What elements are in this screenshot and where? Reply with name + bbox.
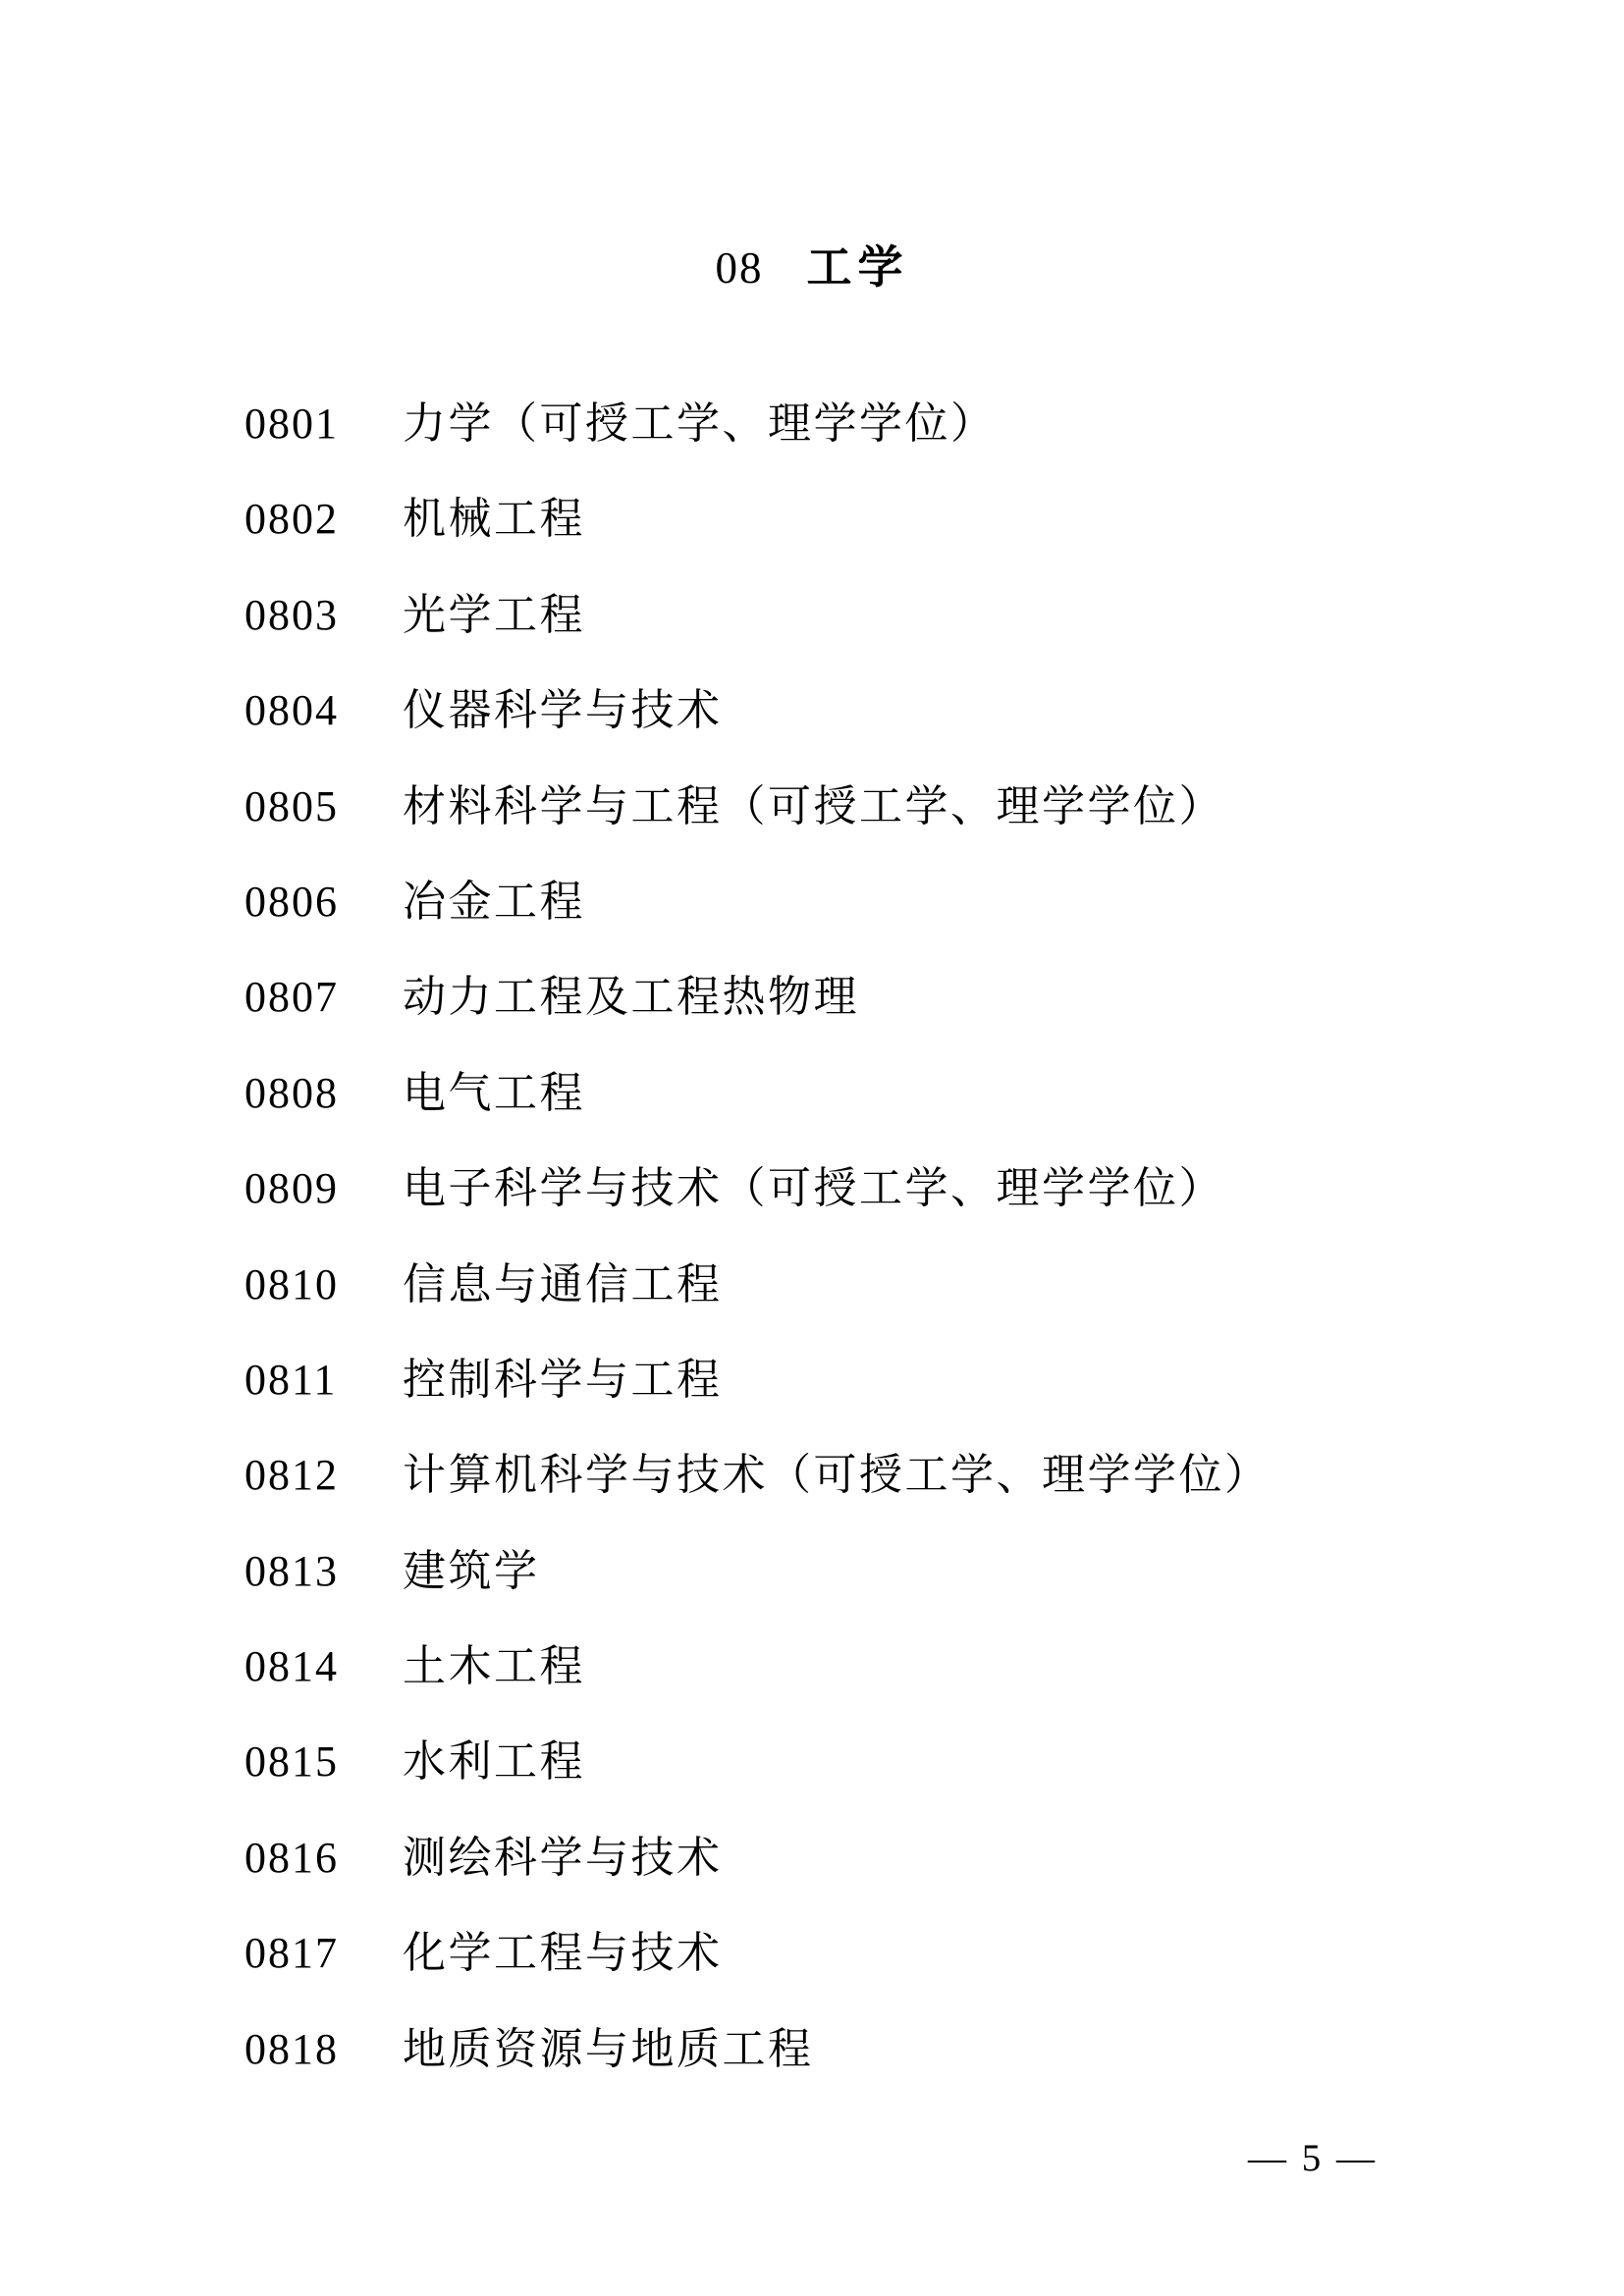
list-item: 0801 力学（可授工学、理学学位） — [244, 400, 1565, 496]
list-item: 0816 测绘科学与技术 — [244, 1835, 1565, 1930]
item-name: 材料科学与工程（可授工学、理学学位） — [403, 783, 1224, 830]
item-name: 电气工程 — [403, 1070, 585, 1117]
item-name: 建筑学 — [403, 1548, 540, 1595]
item-name: 电子科学与技术（可授工学、理学学位） — [403, 1165, 1224, 1212]
item-code: 0810 — [244, 1261, 403, 1308]
list-item: 0818 地质资源与地质工程 — [244, 2026, 1565, 2121]
list-item: 0807 动力工程及工程热物理 — [244, 974, 1565, 1069]
item-name: 计算机科学与技术（可授工学、理学学位） — [403, 1452, 1271, 1499]
list-item: 0803 光学工程 — [244, 592, 1565, 687]
item-code: 0812 — [244, 1452, 403, 1499]
item-name: 水利工程 — [403, 1738, 585, 1786]
item-name: 控制科学与工程 — [403, 1357, 723, 1404]
item-code: 0806 — [244, 879, 403, 926]
list-item: 0805 材料科学与工程（可授工学、理学学位） — [244, 783, 1565, 879]
item-code: 0815 — [244, 1738, 403, 1786]
item-code: 0803 — [244, 592, 403, 639]
list-item: 0817 化学工程与技术 — [244, 1930, 1565, 2025]
discipline-list: 0801 力学（可授工学、理学学位） 0802 机械工程 0803 光学工程 0… — [244, 400, 1565, 2121]
list-item: 0810 信息与通信工程 — [244, 1261, 1565, 1357]
list-item: 0806 冶金工程 — [244, 879, 1565, 974]
item-code: 0811 — [244, 1357, 403, 1404]
list-item: 0815 水利工程 — [244, 1738, 1565, 1834]
list-item: 0813 建筑学 — [244, 1548, 1565, 1643]
item-code: 0813 — [244, 1548, 403, 1595]
item-code: 0805 — [244, 783, 403, 830]
list-item: 0814 土木工程 — [244, 1643, 1565, 1738]
list-item: 0809 电子科学与技术（可授工学、理学学位） — [244, 1165, 1565, 1260]
item-code: 0817 — [244, 1930, 403, 1977]
item-name: 土木工程 — [403, 1643, 585, 1690]
item-name: 地质资源与地质工程 — [403, 2026, 814, 2073]
list-item: 0802 机械工程 — [244, 496, 1565, 591]
item-code: 0809 — [244, 1165, 403, 1212]
list-item: 0808 电气工程 — [244, 1070, 1565, 1165]
item-name: 冶金工程 — [403, 879, 585, 926]
item-name: 仪器科学与技术 — [403, 687, 723, 734]
item-name: 动力工程及工程热物理 — [403, 974, 859, 1021]
item-name: 化学工程与技术 — [403, 1930, 723, 1977]
item-name: 测绘科学与技术 — [403, 1835, 723, 1882]
item-name: 光学工程 — [403, 592, 585, 639]
list-item: 0811 控制科学与工程 — [244, 1357, 1565, 1452]
document-page: 08工学 0801 力学（可授工学、理学学位） 0802 机械工程 0803 光… — [0, 0, 1624, 2296]
item-code: 0801 — [244, 400, 403, 448]
title-category-code: 08 — [716, 243, 764, 293]
item-code: 0802 — [244, 496, 403, 543]
item-code: 0816 — [244, 1835, 403, 1882]
item-code: 0818 — [244, 2026, 403, 2073]
page-number: — 5 — — [1248, 2136, 1378, 2180]
item-code: 0808 — [244, 1070, 403, 1117]
list-item: 0804 仪器科学与技术 — [244, 687, 1565, 782]
item-name: 力学（可授工学、理学学位） — [403, 400, 997, 448]
item-code: 0814 — [244, 1643, 403, 1690]
item-name: 机械工程 — [403, 496, 585, 543]
item-code: 0804 — [244, 687, 403, 734]
item-name: 信息与通信工程 — [403, 1261, 723, 1308]
list-item: 0812 计算机科学与技术（可授工学、理学学位） — [244, 1452, 1565, 1547]
item-code: 0807 — [244, 974, 403, 1021]
title-category-name: 工学 — [807, 241, 909, 293]
page-title: 08工学 — [0, 232, 1624, 296]
